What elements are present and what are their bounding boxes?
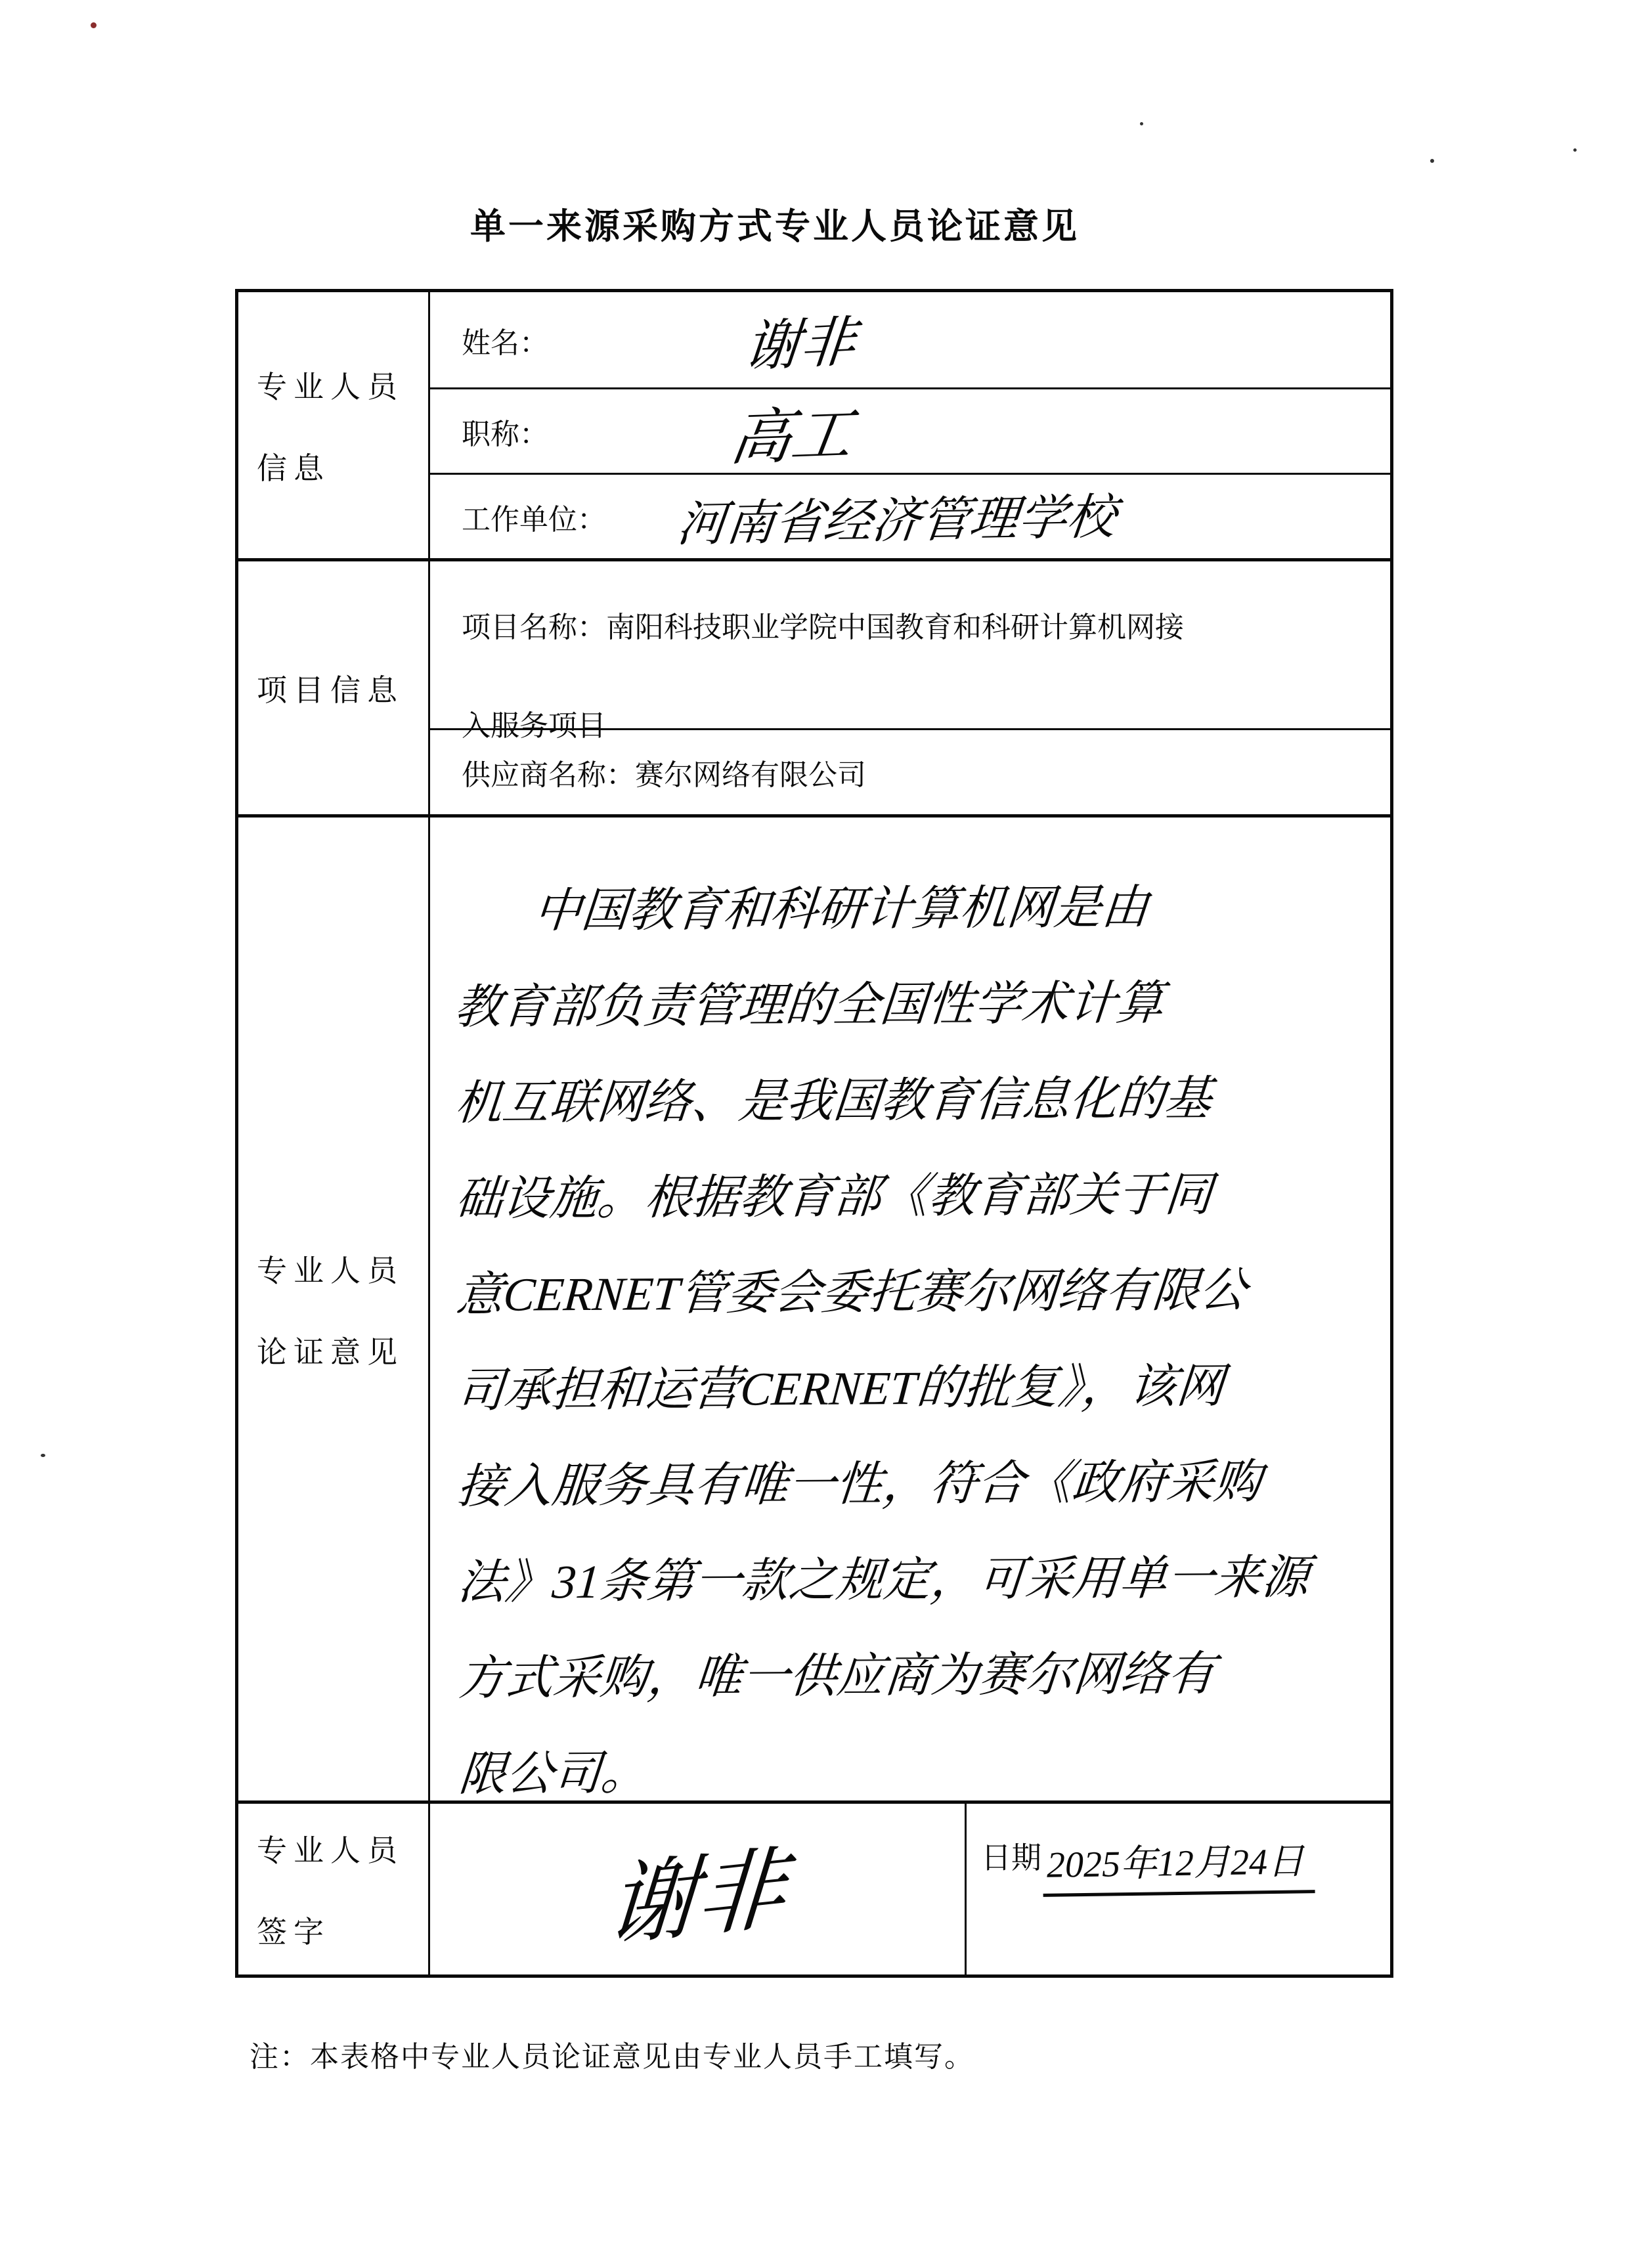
expert-opinion-content: 中国教育和科研计算机网是由 教育部负责管理的全国性学术计算 机互联网络、是我国教… [430, 818, 1390, 1800]
opinion-line: 接入服务具有唯一性，符合《政府采购 [454, 1433, 1382, 1535]
opinion-line: 意CERNET管委会委托赛尔网络有限公 [452, 1242, 1381, 1343]
name-label: 姓名： [462, 319, 548, 361]
professional-title-value-handwritten: 高工 [726, 385, 860, 476]
opinion-line: 机互联网络、是我国教育信息化的基 [451, 1050, 1380, 1152]
personnel-header-line2: 信息 [257, 445, 330, 488]
project-name-line1: 项目名称：南阳科技职业学院中国教育和科研计算机网接 [462, 578, 1184, 677]
opinion-line: 法》31条第一款之规定，可采用单一来源 [454, 1529, 1383, 1631]
row-professional-title: 职称： 高工 [430, 389, 1390, 475]
section-expert-opinion: 专业人员 论证意见 中国教育和科研计算机网是由 教育部负责管理的全国性学术计算 … [238, 818, 1390, 1804]
scan-speck [1573, 148, 1577, 152]
signature-header-line1: 专业人员 [257, 1827, 404, 1870]
date-value-handwritten: 2025年12月24日 [1042, 1832, 1315, 1897]
row-work-unit: 工作单位： 河南省经济管理学校 [430, 475, 1390, 558]
signature-handwritten: 谢非 [604, 1815, 791, 1964]
opinion-line: 限公司。 [455, 1721, 1384, 1823]
form-table: 专业人员 信息 姓名： 谢非 职称： 高工 工作单位： 河南省经济管理学校 [235, 289, 1393, 1978]
work-unit-value-handwritten: 河南省经济管理学校 [674, 478, 1120, 556]
professional-title-label: 职称： [462, 410, 548, 452]
page-title: 单一来源采购方式专业人员论证意见 [0, 198, 1550, 249]
opinion-header-line2: 论证意见 [257, 1328, 404, 1372]
project-header-line1: 项目信息 [257, 666, 404, 710]
supplier-name-text: 供应商名称：赛尔网络有限公司 [462, 751, 866, 793]
opinion-line: 教育部负责管理的全国性学术计算 [450, 954, 1379, 1056]
date-label: 日期 [981, 1834, 1041, 1877]
signature-header: 专业人员 签字 [238, 1804, 430, 1974]
date-cell: 日期 2025年12月24日 [967, 1804, 1390, 1974]
handwritten-opinion-text: 中国教育和科研计算机网是由 教育部负责管理的全国性学术计算 机互联网络、是我国教… [427, 815, 1393, 1823]
signature-cell: 谢非 [430, 1804, 967, 1974]
scan-speck [1140, 122, 1143, 125]
work-unit-label: 工作单位： [462, 496, 606, 538]
expert-opinion-header: 专业人员 论证意见 [238, 818, 430, 1800]
project-info-content: 项目名称：南阳科技职业学院中国教育和科研计算机网接 入服务项目 供应商名称：赛尔… [430, 561, 1390, 814]
row-supplier-name: 供应商名称：赛尔网络有限公司 [430, 730, 1390, 814]
personnel-info-header: 专业人员 信息 [238, 292, 430, 558]
opinion-header-line1: 专业人员 [257, 1247, 404, 1290]
opinion-line: 方式采购，唯一供应商为赛尔网络有 [454, 1625, 1383, 1727]
opinion-line: 司承担和运营CERNET的批复》，该网 [453, 1338, 1382, 1439]
footer-note: 注：本表格中专业人员论证意见由专业人员手工填写。 [250, 2033, 974, 2075]
scanned-document-page: 单一来源采购方式专业人员论证意见 专业人员 信息 姓名： 谢非 职称： 高工 工… [0, 0, 1639, 2268]
personnel-header-line1: 专业人员 [257, 363, 404, 406]
section-personnel-info: 专业人员 信息 姓名： 谢非 职称： 高工 工作单位： 河南省经济管理学校 [238, 292, 1390, 561]
project-info-header: 项目信息 [238, 561, 430, 814]
name-value-handwritten: 谢非 [741, 297, 860, 383]
opinion-line: 中国教育和科研计算机网是由 [450, 858, 1378, 960]
opinion-line: 础设施。根据教育部《教育部关于同 [452, 1146, 1380, 1248]
personnel-info-content: 姓名： 谢非 职称： 高工 工作单位： 河南省经济管理学校 [430, 292, 1390, 558]
row-project-name: 项目名称：南阳科技职业学院中国教育和科研计算机网接 入服务项目 [430, 561, 1390, 730]
scan-speck [1430, 159, 1434, 163]
scan-speck [91, 22, 97, 28]
signature-header-line2: 签字 [257, 1908, 330, 1952]
scan-speck [41, 1454, 45, 1457]
row-name: 姓名： 谢非 [430, 292, 1390, 389]
section-project-info: 项目信息 项目名称：南阳科技职业学院中国教育和科研计算机网接 入服务项目 供应商… [238, 561, 1390, 818]
section-signature: 专业人员 签字 谢非 日期 2025年12月24日 [238, 1804, 1390, 1974]
